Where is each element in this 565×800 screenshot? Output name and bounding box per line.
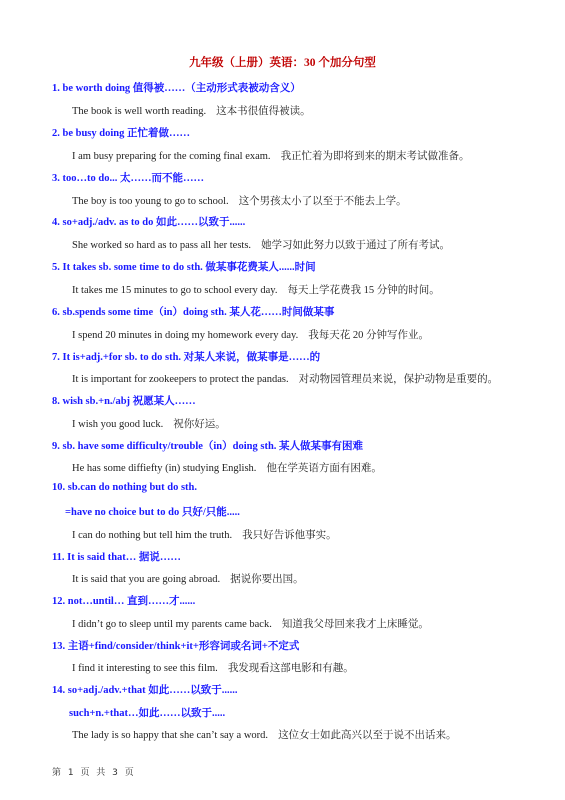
pattern-heading-14: 14. so+adj./adv.+that 如此……以致于...... <box>52 682 238 697</box>
example-7: It is important for zookeepers to protec… <box>72 371 498 386</box>
example-cn: 祝你好运。 <box>173 419 226 430</box>
example-en: I find it interesting to see this film. <box>72 663 218 674</box>
example-en: She worked so hard as to pass all her te… <box>72 240 251 251</box>
example-8: I wish you good luck.祝你好运。 <box>72 416 226 431</box>
example-en: He has some diffiefty (in) studying Engl… <box>72 463 256 474</box>
example-12: I didn’t go to sleep until my parents ca… <box>72 616 429 631</box>
pattern-heading-1: 1. be worth doing 值得被……（主动形式表被动含义） <box>52 80 301 95</box>
example-13: I find it interesting to see this film.我… <box>72 660 354 675</box>
example-11: It is said that you are going abroad.据说你… <box>72 571 304 586</box>
example-cn: 我正忙着为即将到来的期末考试做准备。 <box>281 151 470 162</box>
example-en: I wish you good luck. <box>72 419 163 430</box>
example-cn: 对动物园管理员来说，保护动物是重要的。 <box>299 374 499 385</box>
example-14: The lady is so happy that she can’t say … <box>72 727 457 742</box>
pattern-heading-7: 7. It is+adj.+for sb. to do sth. 对某人来说，做… <box>52 349 320 364</box>
example-en: The boy is too young to go to school. <box>72 196 229 207</box>
pattern-heading-13: 13. 主语+find/consider/think+it+形容词或名词+不定式 <box>52 638 299 653</box>
example-en: I didn’t go to sleep until my parents ca… <box>72 619 272 630</box>
example-cn: 知道我父母回来我才上床睡觉。 <box>282 619 429 630</box>
pattern-subheading-14: such+n.+that…如此……以致于..... <box>69 705 225 720</box>
example-3: The boy is too young to go to school.这个男… <box>72 193 407 208</box>
example-en: It is important for zookeepers to protec… <box>72 374 289 385</box>
pattern-heading-8: 8. wish sb.+n./abj 祝愿某人…… <box>52 393 196 408</box>
example-cn: 这个男孩太小了以至于不能去上学。 <box>239 196 407 207</box>
pattern-heading-2: 2. be busy doing 正忙着做…… <box>52 125 190 140</box>
pattern-heading-5: 5. It takes sb. some time to do sth. 做某事… <box>52 259 316 274</box>
example-1: The book is well worth reading.这本书很值得被读。 <box>72 103 311 118</box>
example-4: She worked so hard as to pass all her te… <box>72 237 450 252</box>
example-en: I am busy preparing for the coming final… <box>72 151 271 162</box>
example-cn: 我每天花 20 分钟写作业。 <box>308 330 429 341</box>
example-en: I can do nothing but tell him the truth. <box>72 530 232 541</box>
example-cn: 据说你要出国。 <box>230 574 304 585</box>
pattern-heading-4: 4. so+adj./adv. as to do 如此……以致于...... <box>52 214 245 229</box>
pattern-heading-9: 9. sb. have some difficulty/trouble（in）d… <box>52 438 363 453</box>
pattern-heading-3: 3. too…to do... 太……而不能…… <box>52 170 204 185</box>
example-cn: 她学习如此努力以致于通过了所有考试。 <box>261 240 450 251</box>
example-cn: 他在学英语方面有困难。 <box>266 463 382 474</box>
example-en: It is said that you are going abroad. <box>72 574 220 585</box>
pattern-heading-11: 11. It is said that… 据说…… <box>52 549 181 564</box>
example-en: The lady is so happy that she can’t say … <box>72 730 268 741</box>
pattern-subheading-10: =have no choice but to do 只好/只能..... <box>65 504 240 519</box>
example-cn: 这位女士如此高兴以至于说不出话来。 <box>278 730 457 741</box>
example-en: I spend 20 minutes in doing my homework … <box>72 330 298 341</box>
example-cn: 我发现看这部电影和有趣。 <box>228 663 354 674</box>
example-2: I am busy preparing for the coming final… <box>72 148 470 163</box>
example-6: I spend 20 minutes in doing my homework … <box>72 327 429 342</box>
example-cn: 这本书很值得被读。 <box>216 106 311 117</box>
example-en: The book is well worth reading. <box>72 106 206 117</box>
pattern-heading-6: 6. sb.spends some time（in）doing sth. 某人花… <box>52 304 334 319</box>
example-5: It takes me 15 minutes to go to school e… <box>72 282 440 297</box>
example-10: I can do nothing but tell him the truth.… <box>72 527 337 542</box>
page-title: 九年级（上册）英语：30 个加分句型 <box>0 54 565 70</box>
page-number-footer: 第 1 页 共 3 页 <box>52 765 136 778</box>
example-en: It takes me 15 minutes to go to school e… <box>72 285 277 296</box>
example-cn: 每天上学花费我 15 分钟的时间。 <box>287 285 439 296</box>
example-cn: 我只好告诉他事实。 <box>242 530 337 541</box>
pattern-heading-12: 12. not…until… 直到……才...... <box>52 593 195 608</box>
pattern-heading-10: 10. sb.can do nothing but do sth. <box>52 482 197 493</box>
example-9: He has some diffiefty (in) studying Engl… <box>72 460 382 475</box>
